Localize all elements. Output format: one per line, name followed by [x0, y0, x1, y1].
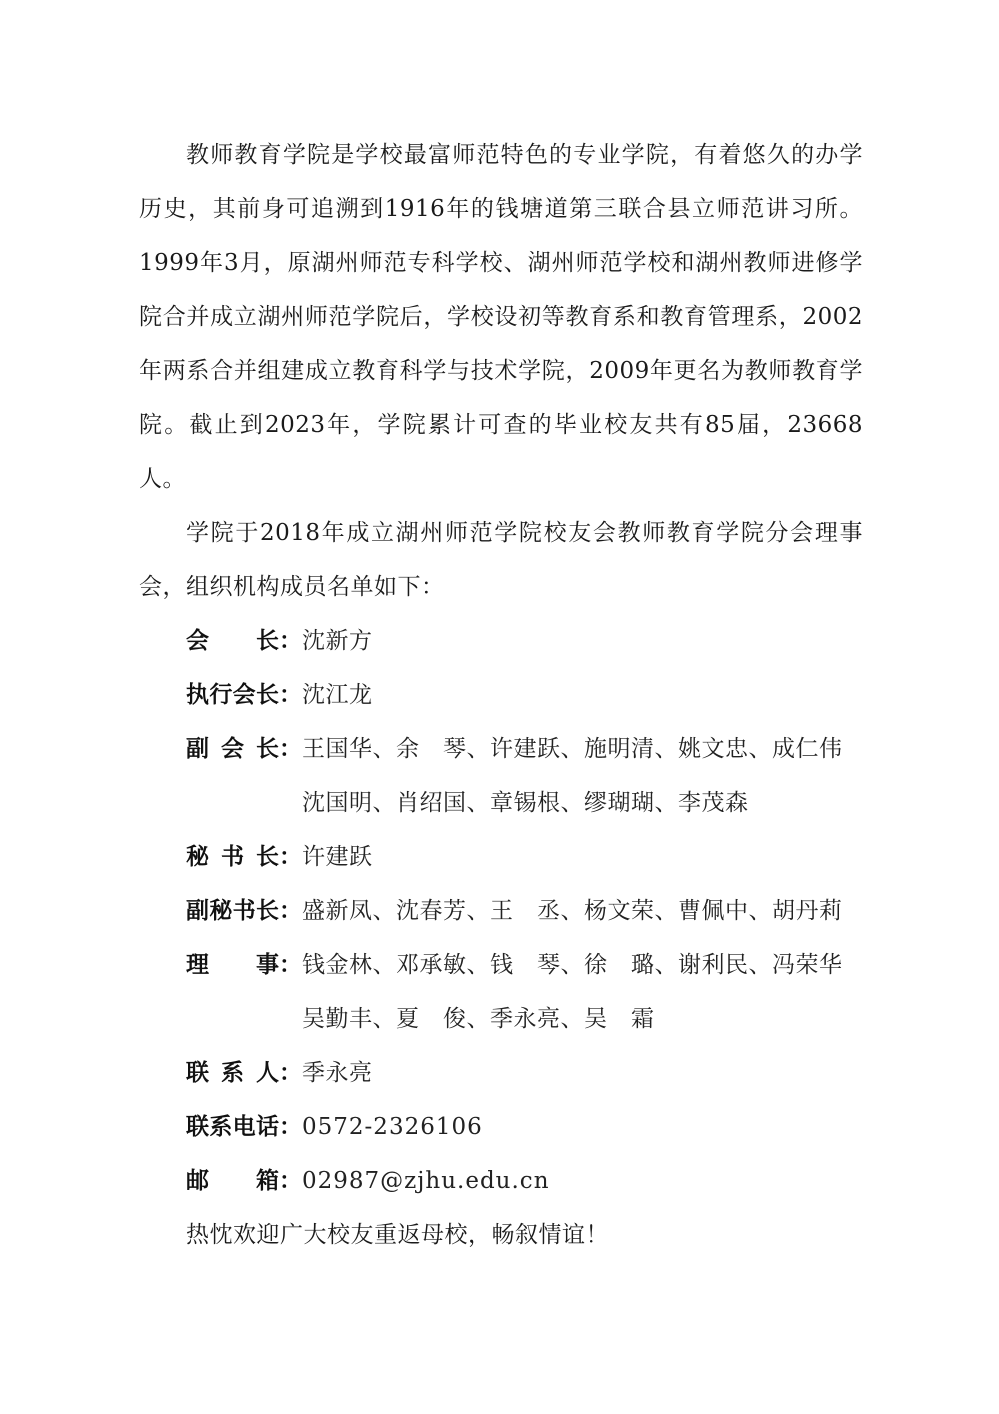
roster-value: 许建跃 — [302, 830, 863, 884]
roster-label: 秘 书 长 ： — [186, 830, 302, 884]
phone-number: 0572-2326106 — [302, 1100, 863, 1154]
council-roster: 会 长 ： 沈新方 执 行 会 长 ： 沈江龙 — [139, 614, 863, 1208]
roster-row-president: 会 长 ： 沈新方 — [139, 614, 863, 668]
intro-paragraph: 教师教育学院是学校最富师范特色的专业学院，有着悠久的办学历史，其前身可追溯到19… — [139, 128, 863, 506]
roster-label: 副 秘 书 长 ： — [186, 884, 302, 938]
roster-value: 钱金林、邓承敏、钱 琴、徐 璐、谢利民、冯荣华 吴勤丰、夏 俊、季永亮、吴 霜 — [302, 938, 863, 1046]
roster-row-executive-president: 执 行 会 长 ： 沈江龙 — [139, 668, 863, 722]
roster-value: 王国华、余 琴、许建跃、施明清、姚文忠、成仁伟 沈国明、肖绍国、章锡根、缪瑚瑚、… — [302, 722, 863, 830]
roster-row-phone: 联 系 电 话 ： 0572-2326106 — [139, 1100, 863, 1154]
roster-label: 理 事 ： — [186, 938, 302, 992]
document-page: 教师教育学院是学校最富师范特色的专业学院，有着悠久的办学历史，其前身可追溯到19… — [139, 128, 863, 1262]
roster-value: 季永亮 — [302, 1046, 863, 1100]
roster-value: 沈江龙 — [302, 668, 863, 722]
roster-row-secretary-general: 秘 书 长 ： 许建跃 — [139, 830, 863, 884]
roster-row-directors: 理 事 ： 钱金林、邓承敏、钱 琴、徐 璐、谢利民、冯荣华 吴勤丰、夏 俊、季永… — [139, 938, 863, 1046]
roster-label: 联 系 电 话 ： — [186, 1100, 302, 1154]
roster-row-deputy-secretaries: 副 秘 书 长 ： 盛新凤、沈春芳、王 丞、杨文荣、曹佩中、胡丹莉 — [139, 884, 863, 938]
roster-row-email: 邮 箱 ： 02987@zjhu.edu.cn — [139, 1154, 863, 1208]
closing-line: 热忱欢迎广大校友重返母校，畅叙情谊！ — [139, 1208, 863, 1262]
email-address: 02987@zjhu.edu.cn — [302, 1154, 863, 1208]
roster-row-vice-presidents: 副 会 长 ： 王国华、余 琴、许建跃、施明清、姚文忠、成仁伟 沈国明、肖绍国、… — [139, 722, 863, 830]
roster-value: 盛新凤、沈春芳、王 丞、杨文荣、曹佩中、胡丹莉 — [302, 884, 863, 938]
roster-row-contact-person: 联 系 人 ： 季永亮 — [139, 1046, 863, 1100]
roster-label: 邮 箱 ： — [186, 1154, 302, 1208]
roster-label: 联 系 人 ： — [186, 1046, 302, 1100]
roster-label: 执 行 会 长 ： — [186, 668, 302, 722]
roster-label: 副 会 长 ： — [186, 722, 302, 776]
roster-label: 会 长 ： — [186, 614, 302, 668]
council-paragraph: 学院于2018年成立湖州师范学院校友会教师教育学院分会理事会，组织机构成员名单如… — [139, 506, 863, 614]
roster-value: 沈新方 — [302, 614, 863, 668]
